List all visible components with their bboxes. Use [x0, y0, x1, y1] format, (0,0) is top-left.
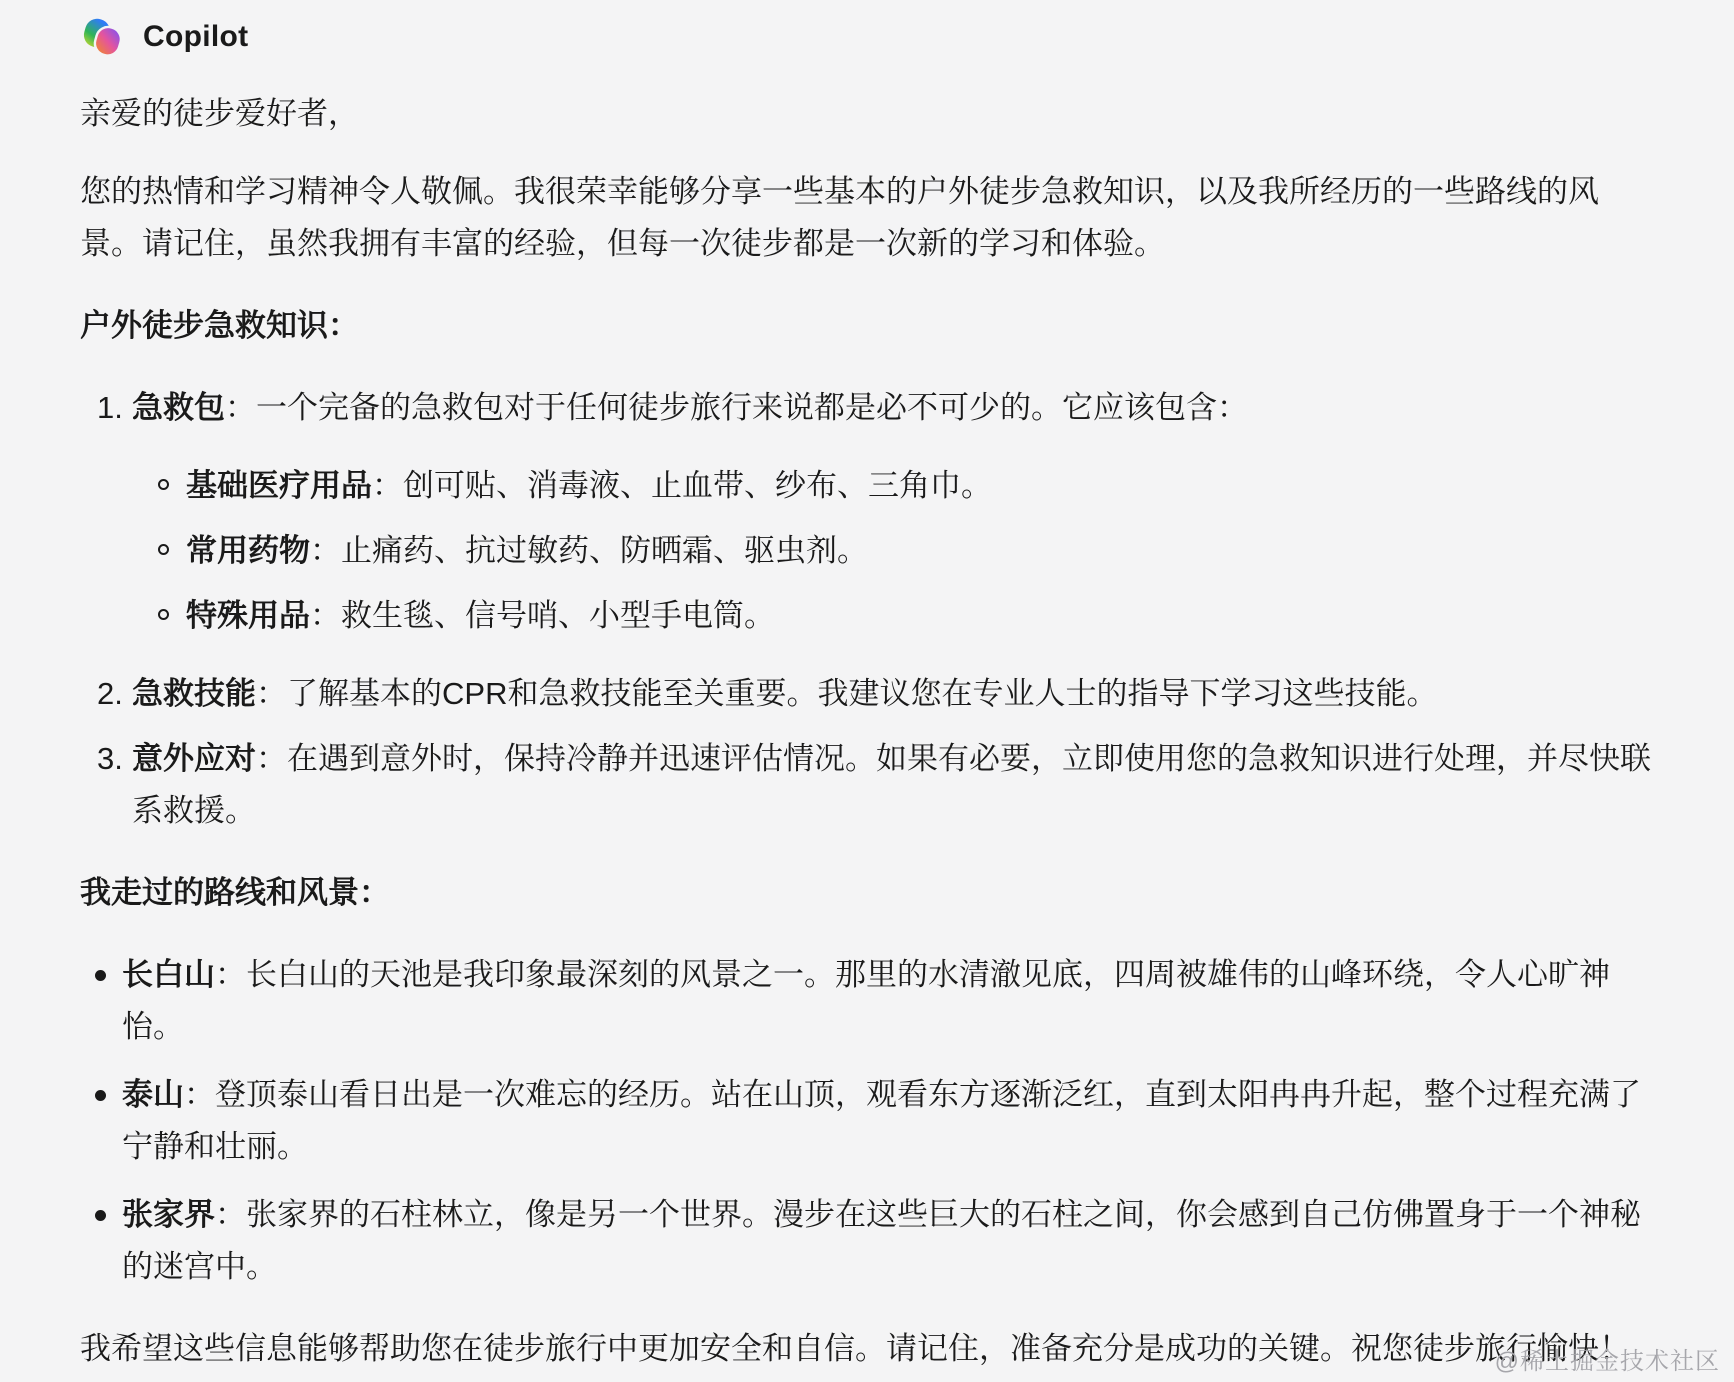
chat-message: Copilot 亲爱的徒步爱好者， 您的热情和学习精神令人敬佩。我很荣幸能够分享…	[0, 0, 1734, 1375]
list-item-emergency-response: 3. 意外应对：在遇到意外时，保持冷静并迅速评估情况。如果有必要，立即使用您的急…	[80, 733, 1654, 837]
sublist-item-basic-medical: 基础医疗用品：创可贴、消毒液、止血带、纱布、三角巾。	[132, 460, 1654, 512]
disc-bullet-icon	[95, 1090, 106, 1101]
route-marker	[80, 1069, 122, 1173]
route-item-desc: 张家界的石柱林立，像是另一个世界。漫步在这些巨大的石柱之间，你会感到自己仿佛置身…	[122, 1197, 1641, 1284]
circle-bullet-icon	[158, 609, 169, 620]
route-item-term: 张家界	[122, 1197, 215, 1232]
sublist-item-term: 基础医疗用品	[186, 468, 372, 503]
bot-header: Copilot	[80, 12, 1654, 62]
circle-bullet-icon	[158, 544, 169, 555]
copilot-logo-icon	[80, 15, 126, 59]
route-item-term: 长白山	[122, 957, 215, 992]
first-aid-list: 1. 急救包：一个完备的急救包对于任何徒步旅行来说都是必不可少的。它应该包含： …	[80, 382, 1654, 837]
colon-separator: ：	[372, 468, 403, 503]
list-item-term: 意外应对	[132, 741, 256, 776]
colon-separator: ：	[256, 676, 287, 711]
sublist-item-common-medicine: 常用药物：止痛药、抗过敏药、防晒霜、驱虫剂。	[132, 525, 1654, 577]
disc-bullet-icon	[95, 970, 106, 981]
colon-separator: ：	[310, 533, 341, 568]
watermark-text: @稀土掘金技术社区	[1495, 1341, 1720, 1376]
intro-paragraph: 您的热情和学习精神令人敬佩。我很荣幸能够分享一些基本的户外徒步急救知识，以及我所…	[80, 166, 1654, 270]
route-item-changbaishan: 长白山：长白山的天池是我印象最深刻的风景之一。那里的水清澈见底，四周被雄伟的山峰…	[80, 949, 1654, 1053]
disc-bullet-icon	[95, 1210, 106, 1221]
sublist-marker	[132, 590, 186, 642]
route-marker	[80, 949, 122, 1053]
first-aid-kit-sublist: 基础医疗用品：创可贴、消毒液、止血带、纱布、三角巾。 常用药物：止痛药、抗过敏药…	[132, 460, 1654, 642]
list-number: 3.	[80, 733, 132, 837]
sublist-marker	[132, 460, 186, 512]
colon-separator: ：	[184, 1077, 215, 1112]
route-item-zhangjiajie: 张家界：张家界的石柱林立，像是另一个世界。漫步在这些巨大的石柱之间，你会感到自己…	[80, 1189, 1654, 1293]
circle-bullet-icon	[158, 479, 169, 490]
list-item-desc: 了解基本的CPR和急救技能至关重要。我建议您在专业人士的指导下学习这些技能。	[287, 676, 1437, 711]
sublist-marker	[132, 525, 186, 577]
section-heading-first-aid: 户外徒步急救知识：	[80, 300, 1654, 352]
route-marker	[80, 1189, 122, 1293]
list-item-desc: 在遇到意外时，保持冷静并迅速评估情况。如果有必要，立即使用您的急救知识进行处理，…	[132, 741, 1651, 828]
sublist-item-special-supplies: 特殊用品：救生毯、信号哨、小型手电筒。	[132, 590, 1654, 642]
sublist-item-term: 常用药物	[186, 533, 310, 568]
route-item-term: 泰山	[122, 1077, 184, 1112]
route-item-desc: 长白山的天池是我印象最深刻的风景之一。那里的水清澈见底，四周被雄伟的山峰环绕，令…	[122, 957, 1610, 1044]
list-number: 2.	[80, 668, 132, 720]
sublist-item-desc: 止痛药、抗过敏药、防晒霜、驱虫剂。	[341, 533, 868, 568]
greeting-text: 亲爱的徒步爱好者，	[80, 88, 1654, 140]
list-item-first-aid-skills: 2. 急救技能：了解基本的CPR和急救技能至关重要。我建议您在专业人士的指导下学…	[80, 668, 1654, 720]
colon-separator: ：	[256, 741, 287, 776]
list-item-desc: 一个完备的急救包对于任何徒步旅行来说都是必不可少的。它应该包含：	[256, 390, 1248, 425]
bot-name: Copilot	[143, 20, 248, 54]
closing-paragraph: 我希望这些信息能够帮助您在徒步旅行中更加安全和自信。请记住，准备充分是成功的关键…	[80, 1323, 1654, 1375]
colon-separator: ：	[225, 390, 256, 425]
sublist-item-term: 特殊用品	[186, 598, 310, 633]
sublist-item-desc: 创可贴、消毒液、止血带、纱布、三角巾。	[403, 468, 992, 503]
colon-separator: ：	[215, 957, 246, 992]
section-heading-routes: 我走过的路线和风景：	[80, 867, 1654, 919]
list-item-first-aid-kit: 1. 急救包：一个完备的急救包对于任何徒步旅行来说都是必不可少的。它应该包含： …	[80, 382, 1654, 655]
colon-separator: ：	[215, 1197, 246, 1232]
routes-list: 长白山：长白山的天池是我印象最深刻的风景之一。那里的水清澈见底，四周被雄伟的山峰…	[80, 949, 1654, 1293]
route-item-taishan: 泰山：登顶泰山看日出是一次难忘的经历。站在山顶，观看东方逐渐泛红，直到太阳冉冉升…	[80, 1069, 1654, 1173]
list-number: 1.	[80, 382, 132, 655]
route-item-desc: 登顶泰山看日出是一次难忘的经历。站在山顶，观看东方逐渐泛红，直到太阳冉冉升起，整…	[122, 1077, 1641, 1164]
sublist-item-desc: 救生毯、信号哨、小型手电筒。	[341, 598, 775, 633]
list-item-term: 急救包	[132, 390, 225, 425]
list-item-term: 急救技能	[132, 676, 256, 711]
colon-separator: ：	[310, 598, 341, 633]
